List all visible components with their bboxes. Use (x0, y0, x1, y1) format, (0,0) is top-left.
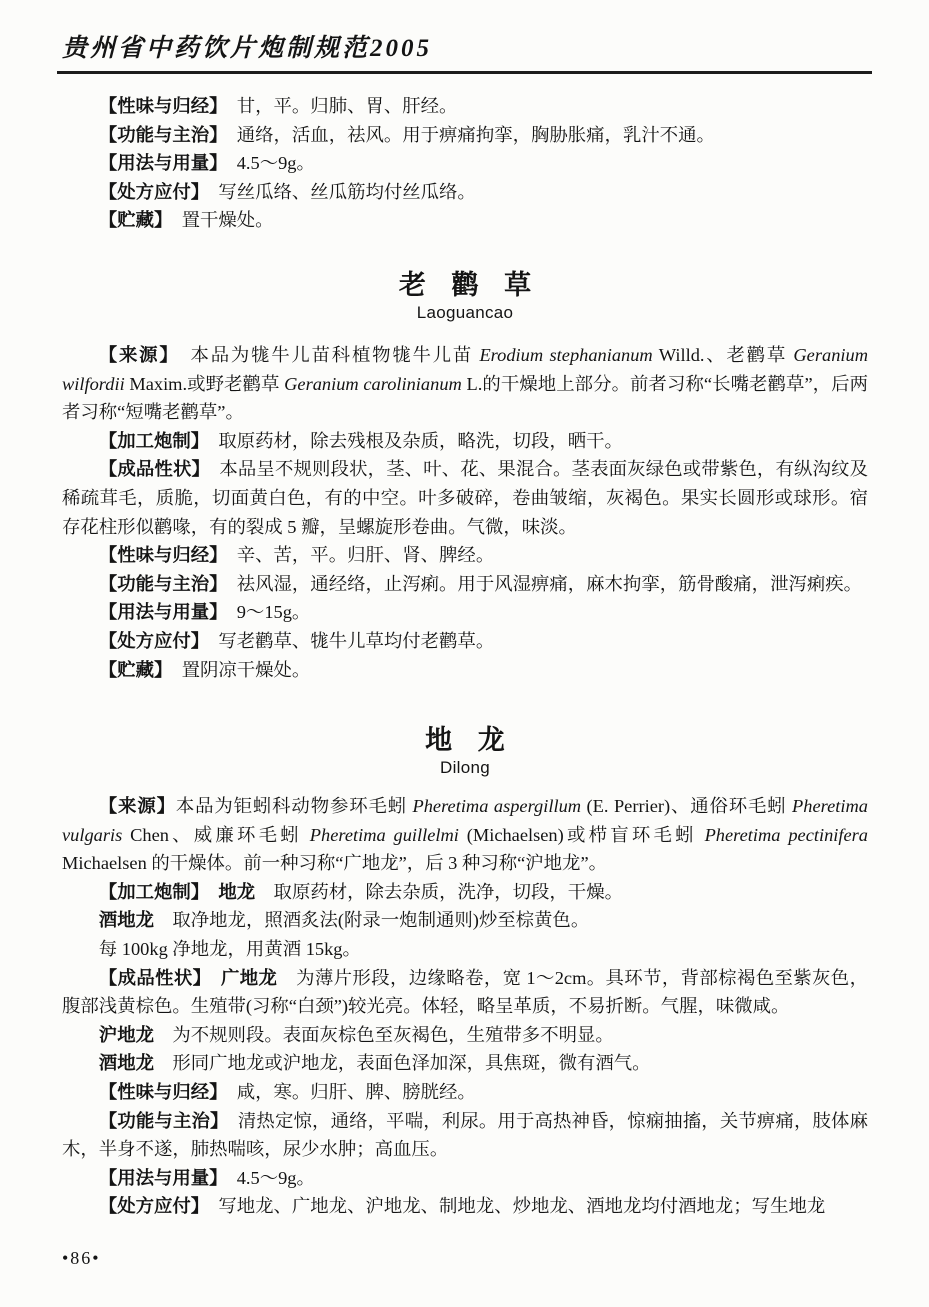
running-head-title: 贵州省中药饮片炮制规范2005 (62, 28, 432, 64)
entry-dilong: 地龙 Dilong 【来源】本品为钜蚓科动物参环毛蚓 Pheretima asp… (62, 724, 868, 1221)
body-text: 取原药材，除去残根及杂质，略洗，切段，晒干。 (200, 431, 623, 451)
field-label: 【性味与归经】 (99, 1081, 219, 1102)
body-text: Chen、威廉环毛蚓 (122, 825, 309, 845)
field-label: 【处方应付】 (99, 181, 200, 202)
body-text: (Michaelsen)或栉盲环毛蚓 (459, 825, 705, 845)
field-label: 【贮藏】 (99, 659, 163, 680)
body-text: 祛风湿，通经络，止泻痢。用于风湿痹痛，麻木拘挛，筋骨酸痛，泄泻痢疾。 (218, 574, 862, 594)
field-label: 【用法与用量】 (99, 601, 219, 622)
field-label: 【功能与主治】 (99, 1110, 220, 1131)
latin-name: Pheretima aspergillum (412, 796, 581, 816)
entry-paragraphs: 【来源】本品为钜蚓科动物参环毛蚓 Pheretima aspergillum (… (62, 792, 868, 1221)
paragraph: 【功能与主治】 祛风湿，通经络，止泻痢。用于风湿痹痛，麻木拘挛，筋骨酸痛，泄泻痢… (62, 570, 868, 599)
paragraph: 【功能与主治】 清热定惊，通络，平喘，利尿。用于高热神昏，惊痫抽搐，关节痹痛，肢… (62, 1107, 868, 1164)
field-label: 【成品性状】 (99, 967, 202, 988)
field-label: 地龙 (218, 881, 255, 902)
body-text: Willd.、老鹳草 (653, 345, 794, 365)
body-text (200, 882, 218, 902)
paragraph: 酒地龙 形同广地龙或沪地龙，表面色泽加深，具焦斑，微有酒气。 (62, 1049, 868, 1078)
body-text: Maxim.或野老鹳草 (125, 374, 284, 394)
body-text: (E. Perrier)、通俗环毛蚓 (581, 796, 792, 816)
entry-paragraphs: 【来源】 本品为牻牛儿苗科植物牻牛儿苗 Erodium stephanianum… (62, 341, 868, 684)
body-text: 写老鹳草、牻牛儿草均付老鹳草。 (200, 631, 494, 651)
body-text: 写地龙、广地龙、沪地龙、制地龙、炒地龙、酒地龙均付酒地龙；写生地龙 (200, 1196, 825, 1216)
entry-sigualuo-continued: 【性味与归经】 甘，平。归肺、胃、肝经。【功能与主治】 通络，活血，祛风。用于痹… (62, 92, 868, 235)
latin-name: Pheretima pectinifera (705, 825, 868, 845)
body-text: 写丝瓜络、丝瓜筋均付丝瓜络。 (200, 182, 476, 202)
field-label: 【来源】 (99, 795, 176, 816)
paragraph: 沪地龙 为不规则段。表面灰棕色至灰褐色，生殖带多不明显。 (62, 1021, 868, 1050)
body-text: 9～15g。 (218, 602, 310, 622)
paragraph: 【来源】本品为钜蚓科动物参环毛蚓 Pheretima aspergillum (… (62, 792, 868, 878)
paragraph: 【处方应付】 写丝瓜络、丝瓜筋均付丝瓜络。 (62, 178, 868, 207)
field-label: 【性味与归经】 (99, 544, 219, 565)
entry-laoguancao: 老鹳草 Laoguancao 【来源】 本品为牻牛儿苗科植物牻牛儿苗 Erodi… (62, 269, 868, 684)
paragraph: 【处方应付】 写老鹳草、牻牛儿草均付老鹳草。 (62, 627, 868, 656)
field-label: 【成品性状】 (99, 458, 201, 479)
body-text: 本品为牻牛儿苗科植物牻牛儿苗 (170, 345, 479, 365)
field-label: 【加工炮制】 (99, 881, 200, 902)
body-text: 本品为钜蚓科动物参环毛蚓 (176, 796, 413, 816)
field-label: 【处方应付】 (99, 630, 200, 651)
body-text: 4.5～9g。 (218, 153, 315, 173)
body-text: 咸，寒。归肝、脾、膀胱经。 (218, 1082, 475, 1102)
body-text: 甘，平。归肺、胃、肝经。 (218, 96, 457, 116)
paragraph: 【性味与归经】 甘，平。归肺、胃、肝经。 (62, 92, 868, 121)
body-text: 每 100kg 净地龙，用黄酒 15kg。 (99, 939, 361, 959)
body-text: 置阴凉干燥处。 (163, 660, 310, 680)
paragraph: 【功能与主治】 通络，活血，祛风。用于痹痛拘挛，胸胁胀痛，乳汁不通。 (62, 121, 868, 150)
paragraph: 【用法与用量】 4.5～9g。 (62, 1164, 868, 1193)
entry-pinyin-laoguancao: Laoguancao (62, 301, 868, 325)
paragraph: 【用法与用量】 9～15g。 (62, 598, 868, 627)
field-label: 【处方应付】 (99, 1195, 200, 1216)
entry-pinyin-dilong: Dilong (62, 756, 868, 780)
field-label: 沪地龙 (99, 1024, 154, 1045)
latin-name: Geranium carolinianum (284, 374, 462, 394)
field-label: 【用法与用量】 (99, 1167, 219, 1188)
entry-header: 老鹳草 Laoguancao (62, 269, 868, 325)
paragraph: 【成品性状】 本品呈不规则段状，茎、叶、花、果混合。茎表面灰绿色或带紫色，有纵沟… (62, 455, 868, 541)
body-text: 取净地龙，照酒炙法(附录一炮制通则)炒至棕黄色。 (154, 910, 589, 930)
field-label: 【来源】 (99, 344, 171, 365)
body-text: 置干燥处。 (163, 210, 273, 230)
field-label: 酒地龙 (99, 1052, 154, 1073)
latin-name: Erodium stephanianum (479, 345, 652, 365)
paragraph: 【贮藏】 置阴凉干燥处。 (62, 656, 868, 685)
entry-header: 地龙 Dilong (62, 724, 868, 780)
page: 贵州省中药饮片炮制规范2005 【性味与归经】 甘，平。归肺、胃、肝经。【功能与… (0, 0, 929, 1307)
field-label: 【用法与用量】 (99, 152, 219, 173)
body-text: 取原药材，除去杂质，洗净，切段，干燥。 (255, 882, 623, 902)
document-body: 【性味与归经】 甘，平。归肺、胃、肝经。【功能与主治】 通络，活血，祛风。用于痹… (62, 92, 868, 1221)
body-text: 为不规则段。表面灰棕色至灰褐色，生殖带多不明显。 (154, 1025, 614, 1045)
paragraph: 酒地龙 取净地龙，照酒炙法(附录一炮制通则)炒至棕黄色。 (62, 906, 868, 935)
field-label: 【性味与归经】 (99, 95, 219, 116)
body-text: 4.5～9g。 (218, 1168, 315, 1188)
body-text: 通络，活血，祛风。用于痹痛拘挛，胸胁胀痛，乳汁不通。 (218, 125, 715, 145)
paragraph: 【贮藏】 置干燥处。 (62, 206, 868, 235)
body-text: 辛、苦，平。归肝、肾、脾经。 (218, 545, 494, 565)
body-text (202, 968, 221, 988)
field-label: 广地龙 (221, 967, 277, 988)
paragraph: 【来源】 本品为牻牛儿苗科植物牻牛儿苗 Erodium stephanianum… (62, 341, 868, 427)
field-label: 【加工炮制】 (99, 430, 200, 451)
paragraph: 【用法与用量】 4.5～9g。 (62, 149, 868, 178)
latin-name: Pheretima guillelmi (310, 825, 459, 845)
field-label: 【功能与主治】 (99, 573, 219, 594)
entry-paragraphs: 【性味与归经】 甘，平。归肺、胃、肝经。【功能与主治】 通络，活血，祛风。用于痹… (62, 92, 868, 235)
paragraph: 【加工炮制】 地龙 取原药材，除去杂质，洗净，切段，干燥。 (62, 878, 868, 907)
field-label: 【功能与主治】 (99, 124, 219, 145)
body-text: 形同广地龙或沪地龙，表面色泽加深，具焦斑，微有酒气。 (154, 1053, 651, 1073)
paragraph: 【性味与归经】 咸，寒。归肝、脾、膀胱经。 (62, 1078, 868, 1107)
paragraph: 【性味与归经】 辛、苦，平。归肝、肾、脾经。 (62, 541, 868, 570)
paragraph: 【处方应付】 写地龙、广地龙、沪地龙、制地龙、炒地龙、酒地龙均付酒地龙；写生地龙 (62, 1192, 868, 1221)
body-text: Michaelsen 的干燥体。前一种习称“广地龙”，后 3 种习称“沪地龙”。 (62, 853, 607, 873)
paragraph: 【成品性状】 广地龙 为薄片形段，边缘略卷，宽 1～2cm。具环节，背部棕褐色至… (62, 964, 868, 1021)
entry-title-dilong: 地龙 (62, 724, 868, 756)
field-label: 【贮藏】 (99, 209, 163, 230)
entry-title-laoguancao: 老鹳草 (62, 269, 868, 301)
header-rule (57, 71, 872, 74)
paragraph: 【加工炮制】 取原药材，除去残根及杂质，略洗，切段，晒干。 (62, 427, 868, 456)
field-label: 酒地龙 (99, 909, 154, 930)
paragraph: 每 100kg 净地龙，用黄酒 15kg。 (62, 935, 868, 964)
page-number: •86• (62, 1248, 101, 1269)
